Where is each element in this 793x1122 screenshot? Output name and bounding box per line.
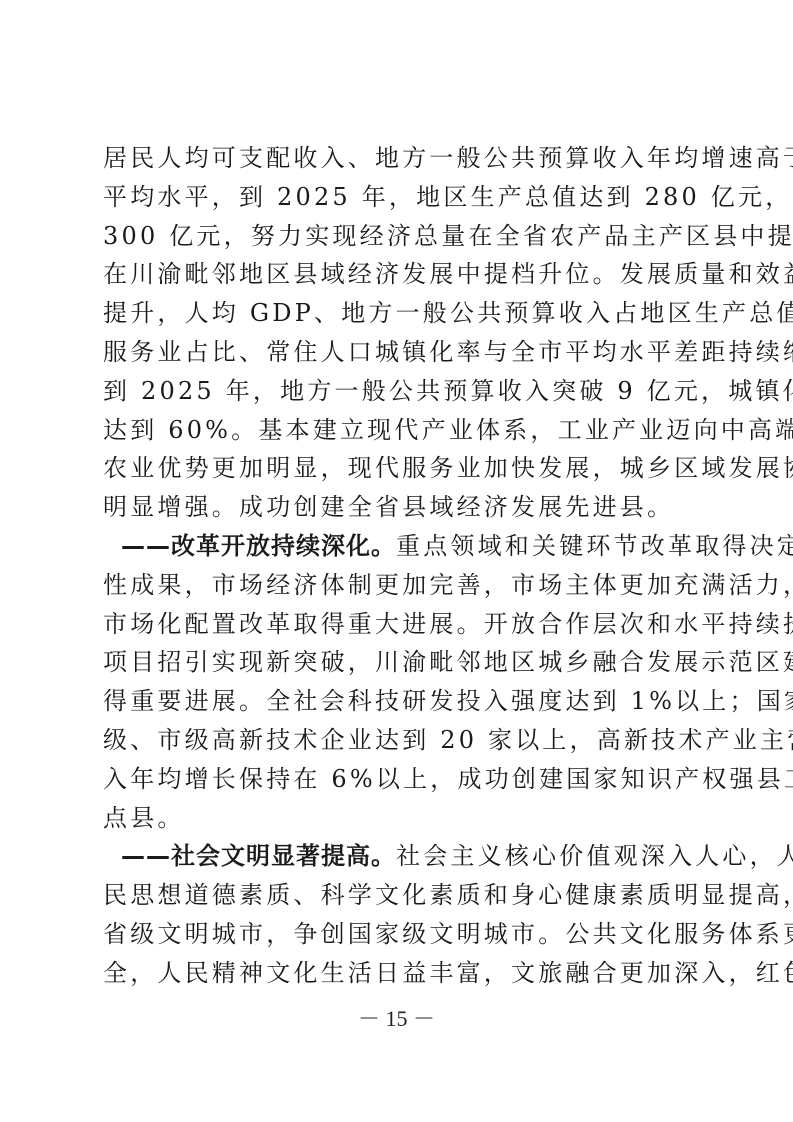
text-line: 项目招引实现新突破，川渝毗邻地区城乡融合发展示范区建设取 xyxy=(103,643,693,682)
section-heading: ——改革开放持续深化。 xyxy=(121,532,396,560)
text-line: 省级文明城市，争创国家级文明城市。公共文化服务体系更加健 xyxy=(103,915,693,954)
text-line: 提升，人均 GDP、地方一般公共预算收入占地区生产总值比重、 xyxy=(103,294,693,333)
text-line: ——社会文明显著提高。社会主义核心价值观深入人心，人 xyxy=(103,837,693,876)
text-span: 社会主义核心价值观深入人心，人 xyxy=(396,842,793,870)
text-line: 明显增强。成功创建全省县域经济发展先进县。 xyxy=(103,488,693,527)
section-heading: ——社会文明显著提高。 xyxy=(121,842,396,870)
paragraph-development-goals: 居民人均可支配收入、地方一般公共预算收入年均增速高于全市 平均水平，到 2025… xyxy=(103,139,693,527)
text-line: 农业优势更加明显，现代服务业加快发展，城乡区域发展协调性 xyxy=(103,449,693,488)
document-page: 居民人均可支配收入、地方一般公共预算收入年均增速高于全市 平均水平，到 2025… xyxy=(103,139,693,993)
text-line: 平均水平，到 2025 年，地区生产总值达到 280 亿元，力争突破 xyxy=(103,178,693,217)
text-line: 得重要进展。全社会科技研发投入强度达到 1%以上；国家、省 xyxy=(103,682,693,721)
text-line: 入年均增长保持在 6%以上，成功创建国家知识产权强县工程试 xyxy=(103,760,693,799)
text-line: 全，人民精神文化生活日益丰富，文旅融合更加深入，红色文化、 xyxy=(103,954,693,993)
text-line: 服务业占比、常住人口城镇化率与全市平均水平差距持续缩小， xyxy=(103,333,693,372)
text-line: 级、市级高新技术企业达到 20 家以上，高新技术产业主营业收 xyxy=(103,721,693,760)
text-line: 达到 60%。基本建立现代产业体系，工业产业迈向中高端水平， xyxy=(103,411,693,450)
text-line: 市场化配置改革取得重大进展。开放合作层次和水平持续提升， xyxy=(103,605,693,644)
paragraph-social-civilization: ——社会文明显著提高。社会主义核心价值观深入人心，人 民思想道德素质、科学文化素… xyxy=(103,837,693,992)
text-line: ——改革开放持续深化。重点领域和关键环节改革取得决定 xyxy=(103,527,693,566)
text-line: 在川渝毗邻地区县域经济发展中提档升位。发展质量和效益明显 xyxy=(103,255,693,294)
text-line: 到 2025 年，地方一般公共预算收入突破 9 亿元，城镇化率力争 xyxy=(103,372,693,411)
paragraph-reform-opening: ——改革开放持续深化。重点领域和关键环节改革取得决定 性成果，市场经济体制更加完… xyxy=(103,527,693,837)
page-number: － 15 － xyxy=(0,1002,793,1033)
text-line: 300 亿元，努力实现经济总量在全省农产品主产区县中提档升位， xyxy=(103,217,693,256)
text-span: 重点领域和关键环节改革取得决定 xyxy=(396,532,793,560)
text-line: 民思想道德素质、科学文化素质和身心健康素质明显提高，再创 xyxy=(103,876,693,915)
text-line: 性成果，市场经济体制更加完善，市场主体更加充满活力，要素 xyxy=(103,566,693,605)
text-line: 点县。 xyxy=(103,799,693,838)
text-line: 居民人均可支配收入、地方一般公共预算收入年均增速高于全市 xyxy=(103,139,693,178)
